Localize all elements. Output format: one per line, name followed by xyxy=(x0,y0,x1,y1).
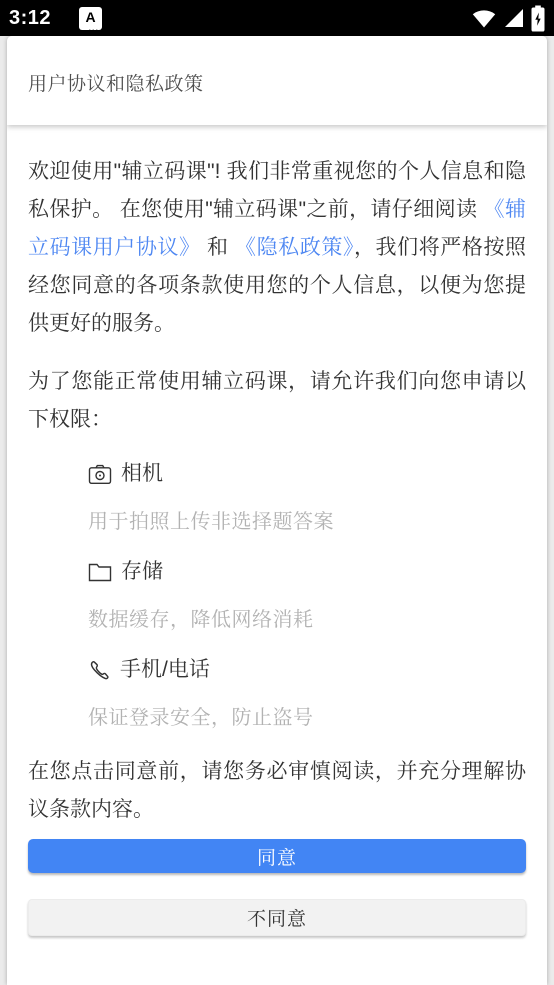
intro-paragraph: 欢迎使用"辅立码课"! 我们非常重视您的个人信息和隐私保护。 在您使用"辅立码课… xyxy=(28,153,526,343)
agree-button[interactable]: 同意 xyxy=(28,839,526,873)
wifi-icon xyxy=(472,8,496,28)
folder-icon xyxy=(88,561,112,583)
cellular-signal-icon xyxy=(503,8,524,28)
dialog-title-bar: 用户协议和隐私政策 xyxy=(7,36,547,125)
phone-icon xyxy=(88,659,111,682)
permissions-intro: 为了您能正常使用辅立码课，请允许我们向您申请以下权限： xyxy=(28,363,526,439)
ime-notification-icon: A ... xyxy=(79,7,102,30)
permission-name: 相机 xyxy=(121,459,163,489)
status-bar: 3:12 A ... xyxy=(0,0,554,36)
privacy-policy-link[interactable]: 《隐私政策》 xyxy=(235,236,354,259)
dialog-content: 欢迎使用"辅立码课"! 我们非常重视您的个人信息和隐私保护。 在您使用"辅立码课… xyxy=(7,153,547,936)
dialog-title: 用户协议和隐私政策 xyxy=(28,69,204,96)
permission-name: 存储 xyxy=(121,557,163,587)
clock: 3:12 xyxy=(9,7,51,30)
camera-icon xyxy=(88,463,112,485)
privacy-policy-dialog: 用户协议和隐私政策 欢迎使用"辅立码课"! 我们非常重视您的个人信息和隐私保护。… xyxy=(7,36,547,985)
permission-camera: 相机 用于拍照上传非选择题答案 xyxy=(88,459,526,537)
disagree-button[interactable]: 不同意 xyxy=(28,899,526,936)
notice-paragraph: 在您点击同意前，请您务必审慎阅读，并充分理解协议条款内容。 xyxy=(28,753,526,829)
permission-phone: 手机/电话 保证登录安全，防止盗号 xyxy=(88,655,526,733)
permission-description: 用于拍照上传非选择题答案 xyxy=(88,507,526,537)
permission-description: 数据缓存，降低网络消耗 xyxy=(88,605,526,635)
permission-name: 手机/电话 xyxy=(120,655,210,685)
permissions-list: 相机 用于拍照上传非选择题答案 存储 数据缓存，降低网络消耗 xyxy=(88,459,526,733)
permission-storage: 存储 数据缓存，降低网络消耗 xyxy=(88,557,526,635)
battery-charging-icon xyxy=(531,5,545,32)
permission-description: 保证登录安全，防止盗号 xyxy=(88,703,526,733)
